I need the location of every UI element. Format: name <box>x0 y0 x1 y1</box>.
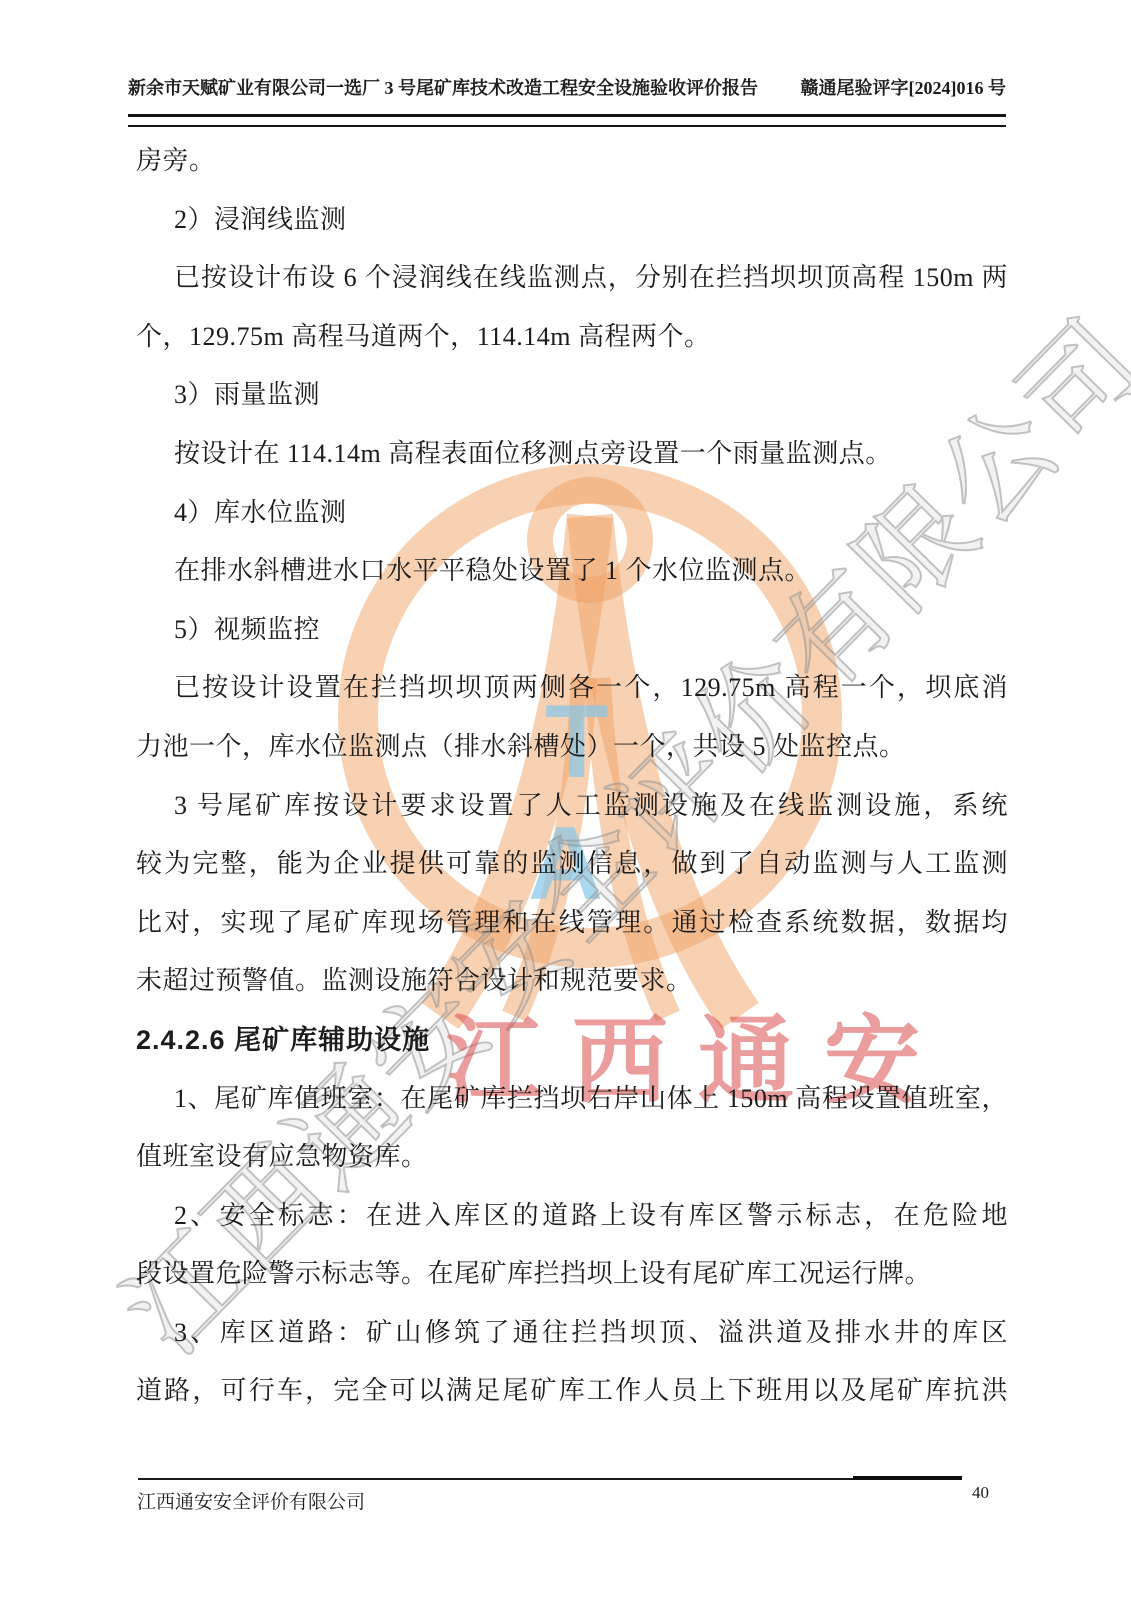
body-line: 个，129.75m 高程马道两个，114.14m 高程两个。 <box>136 308 1008 367</box>
body-line: 已按设计设置在拦挡坝坝顶两侧各一个，129.75m 高程一个，坝底消 <box>136 659 1008 718</box>
document-page: T A 江西通安安全评价有限公司 江西通安 新余市天赋矿业有限公司一选厂 3 号… <box>0 0 1131 1600</box>
page-number: 40 <box>972 1483 989 1503</box>
body-line: 5）视频监控 <box>136 601 1008 660</box>
footer-rule-thick-segment <box>853 1476 962 1480</box>
body-line: 力池一个，库水位监测点（排水斜槽处）一个，共设 5 处监控点。 <box>136 718 1008 777</box>
body-line: 较为完整，能为企业提供可靠的监测信息，做到了自动监测与人工监测 <box>136 835 1008 894</box>
body-line: 房旁。 <box>136 132 1008 191</box>
body-content: 房旁。 2）浸润线监测 已按设计布设 6 个浸润线在线监测点，分别在拦挡坝坝顶高… <box>136 132 1008 1421</box>
body-line: 2、安全标志：在进入库区的道路上设有库区警示标志，在危险地 <box>136 1187 1008 1246</box>
body-line: 3 号尾矿库按设计要求设置了人工监测设施及在线监测设施，系统 <box>136 777 1008 836</box>
body-line: 3）雨量监测 <box>136 366 1008 425</box>
footer-rule <box>138 1478 962 1480</box>
footer-company-name: 江西通安安全评价有限公司 <box>137 1487 365 1514</box>
body-line: 在排水斜槽进水口水平平稳处设置了 1 个水位监测点。 <box>136 542 1008 601</box>
body-line: 1、尾矿库值班室：在尾矿库拦挡坝右岸山体上 150m 高程设置值班室， <box>136 1070 1008 1129</box>
body-line: 4）库水位监测 <box>136 484 1008 543</box>
section-heading: 2.4.2.6 尾矿库辅助设施 <box>136 1011 1008 1070</box>
body-line: 已按设计布设 6 个浸润线在线监测点，分别在拦挡坝坝顶高程 150m 两 <box>136 249 1008 308</box>
page-header: 新余市天赋矿业有限公司一选厂 3 号尾矿库技术改造工程安全设施验收评价报告 赣通… <box>128 74 1006 100</box>
header-doc-number: 赣通尾验评字[2024]016 号 <box>801 74 1007 100</box>
body-line: 道路，可行车，完全可以满足尾矿库工作人员上下班用以及尾矿库抗洪 <box>136 1362 1008 1421</box>
body-line: 段设置危险警示标志等。在尾矿库拦挡坝上设有尾矿库工况运行牌。 <box>136 1245 1008 1304</box>
body-line: 未超过预警值。监测设施符合设计和规范要求。 <box>136 952 1008 1011</box>
body-line: 3、库区道路：矿山修筑了通往拦挡坝顶、溢洪道及排水井的库区 <box>136 1304 1008 1363</box>
header-rule <box>128 114 1006 127</box>
body-line: 按设计在 114.14m 高程表面位移测点旁设置一个雨量监测点。 <box>136 425 1008 484</box>
header-report-title: 新余市天赋矿业有限公司一选厂 3 号尾矿库技术改造工程安全设施验收评价报告 <box>128 74 758 100</box>
body-line: 2）浸润线监测 <box>136 191 1008 250</box>
body-line: 值班室设有应急物资库。 <box>136 1128 1008 1187</box>
body-line: 比对，实现了尾矿库现场管理和在线管理。通过检查系统数据，数据均 <box>136 894 1008 953</box>
